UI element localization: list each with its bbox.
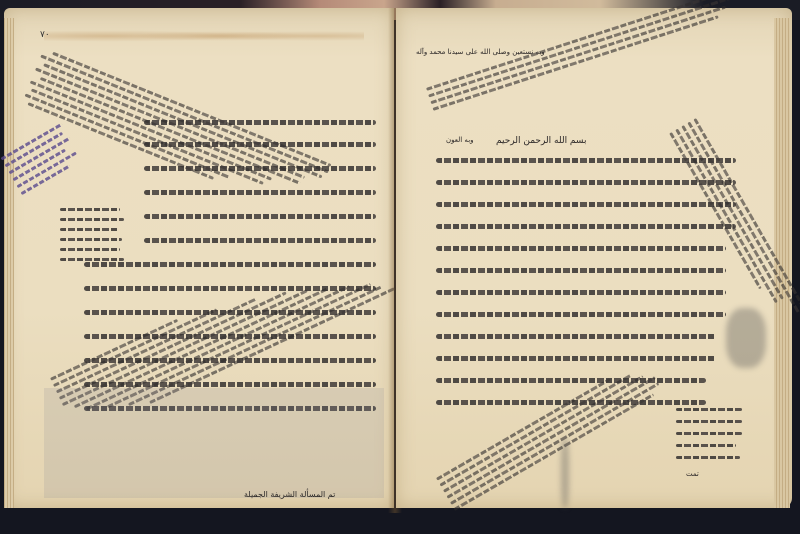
grey-shading	[44, 388, 384, 498]
basmala-side-note: وبه العون	[446, 136, 474, 144]
ink-smudge	[726, 308, 766, 368]
left-page: ٧٠	[4, 8, 394, 508]
right-page: وبه نستعين وصلى الله على سيدنا محمد وآله…	[396, 8, 792, 508]
water-stains	[44, 26, 364, 46]
basmala: بسم الله الرحمن الرحيم	[496, 136, 586, 146]
colophon-note: تم المسألة الشريفة الجميلة	[244, 490, 335, 499]
page-edges-left	[4, 18, 14, 508]
closing-note: تمت	[686, 470, 699, 478]
ink-streak	[561, 438, 569, 508]
page-number: ٧٠	[40, 30, 50, 40]
open-manuscript: ٧٠	[4, 8, 798, 528]
main-text-block-left	[144, 120, 384, 420]
